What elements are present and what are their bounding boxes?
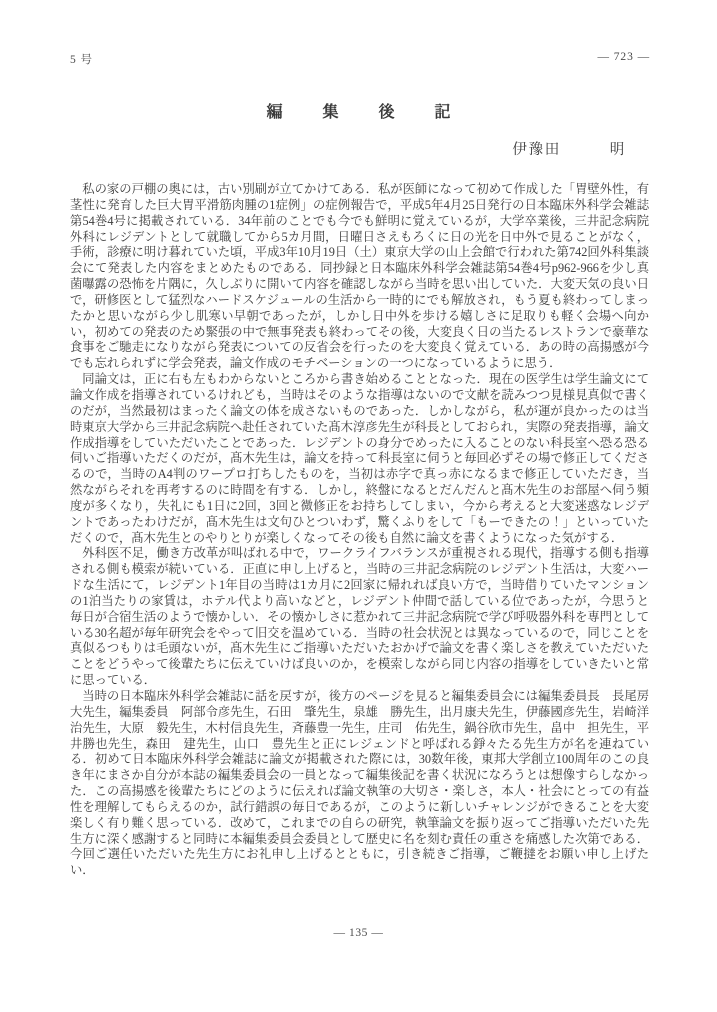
journal-page: 5 号 — 723 — 編 集 後 記 伊豫田 明 私の家の戸棚の奥には，古い別… [0, 0, 717, 1012]
author-name: 伊豫田 明 [70, 138, 626, 159]
page-number-bottom: — 135 — [0, 927, 717, 939]
paragraph-1: 私の家の戸棚の奥には，古い別刷が立てかけてある．私が医師になって初めて作成した「… [70, 182, 649, 372]
issue-number: 5 号 [70, 51, 93, 67]
paragraph-4: 当時の日本臨床外科学会雑誌に話を戻すが，後方のページを見ると編集委員会には編集委… [70, 689, 649, 879]
article-title: 編 集 後 記 [0, 99, 717, 122]
paragraph-2: 同論文は，正に右も左もわからないところから書き始めることとなった．現在の医学生は… [70, 372, 649, 546]
article-body: 私の家の戸棚の奥には，古い別刷が立てかけてある．私が医師になって初めて作成した「… [70, 182, 649, 879]
running-head: 5 号 — 723 — [70, 51, 650, 67]
paragraph-3: 外科医不足，働き方改革が叫ばれる中で，ワークライフバランスが重視される現代，指導… [70, 546, 649, 689]
page-number-top: — 723 — [598, 51, 650, 67]
